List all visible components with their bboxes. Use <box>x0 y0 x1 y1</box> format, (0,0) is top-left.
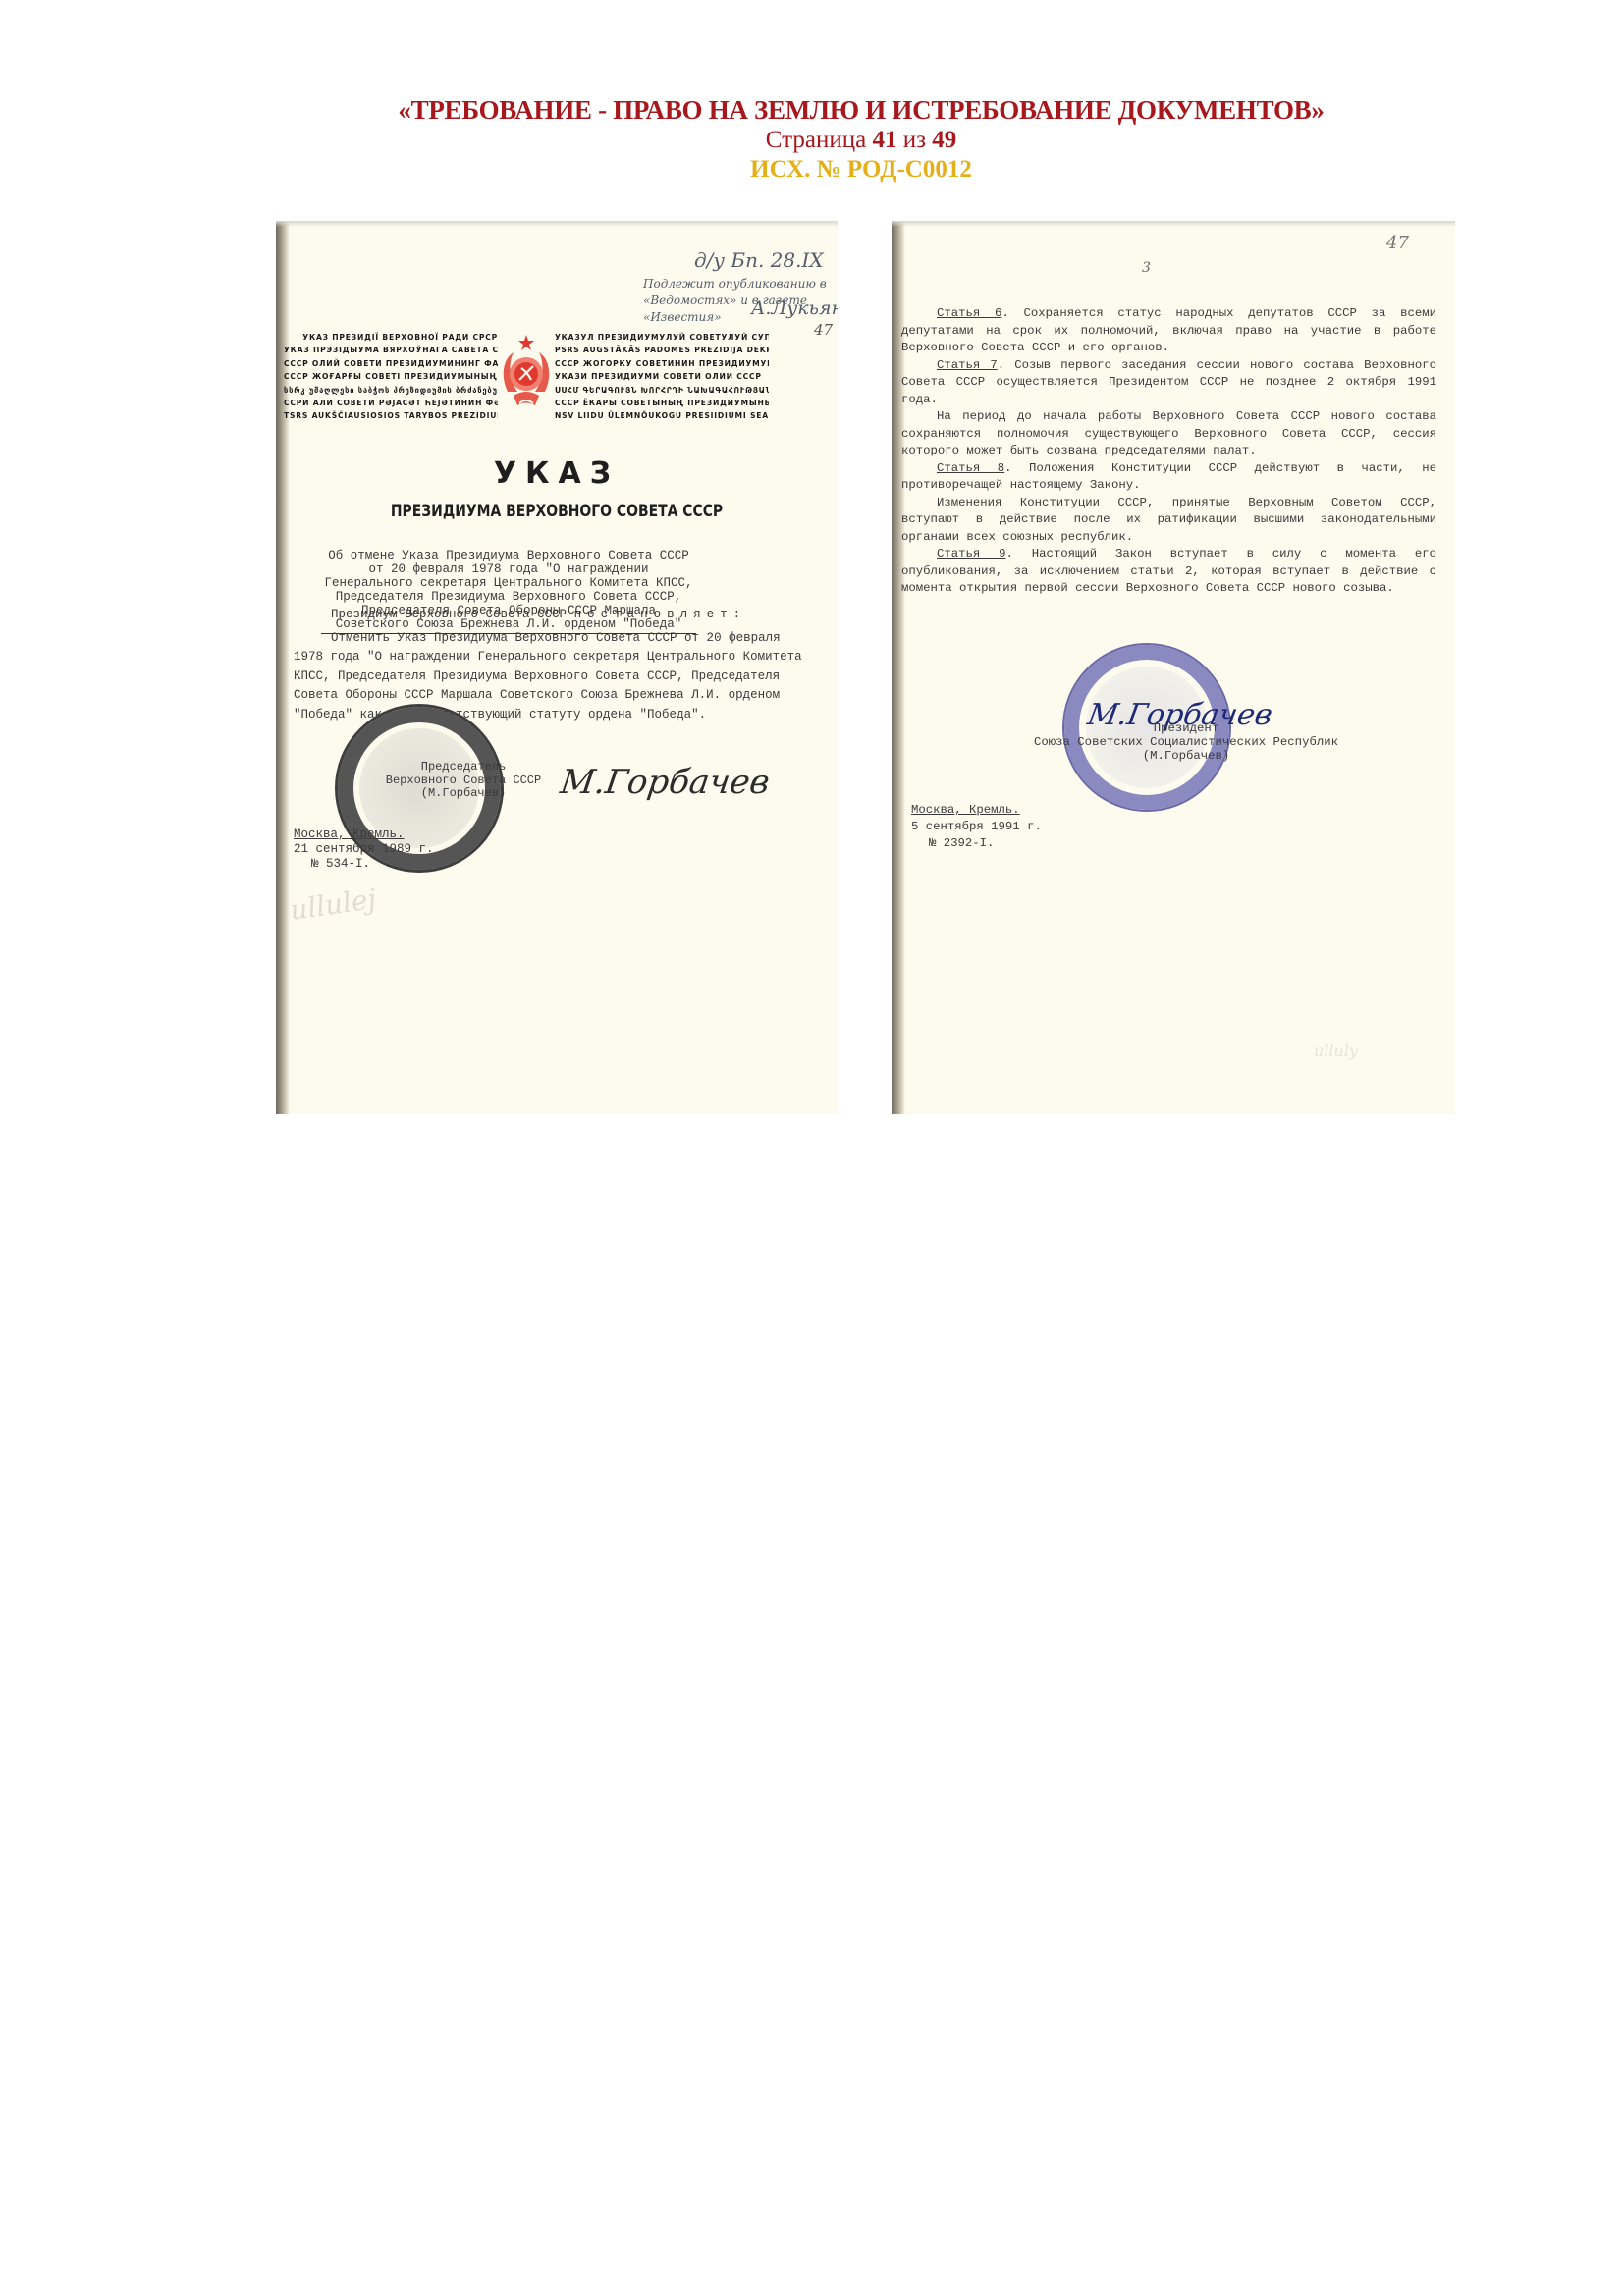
outgoing-reference: ИСХ. № РОД-С0012 <box>98 155 1624 185</box>
ussr-coat-of-arms-icon <box>498 331 555 429</box>
place-date-number: Москва, Кремль. 5 сентября 1991 г. № 239… <box>911 802 1042 852</box>
letterhead-language-line: TSRS AUKŠČIAUSIOSIOS TARYBOS PREZIDIUMO … <box>284 409 498 422</box>
article-label: Статья 9 <box>937 547 1006 561</box>
article-paragraph: Статья 9. Настоящий Закон вступает в сил… <box>901 546 1436 598</box>
doc-subtitle: ПРЕЗИДИУМА ВЕРХОВНОГО СОВЕТА СССР <box>326 502 786 521</box>
signature: М.Горбачев <box>558 763 772 802</box>
article-paragraph: Статья 8. Положения Конституции СССР дей… <box>901 460 1436 495</box>
president-block: Президент Союза Советских Социалистическ… <box>990 721 1382 763</box>
scanned-page-law-1991: 47 3 Статья 6. Сохраняется статус народн… <box>892 221 1455 1114</box>
letterhead-languages-right: УКАЗУЛ ПРЕЗИДИУМУЛУЙ СОВЕТУЛУЙ СУПРЕМ АЛ… <box>555 331 769 423</box>
letterhead-language-line: СССР ОЛИЙ СОВЕТИ ПРЕЗИДИУМИНИНГ ФАРМОНИ <box>284 357 498 370</box>
faint-archive-mark: ulluly <box>1314 1041 1358 1060</box>
letterhead-language-line: СССР ЖОГОРКУ СОВЕТИНИН ПРЕЗИДИУМУНУН УКА… <box>555 357 769 370</box>
letterhead-language-line: СССР ЖОҒАРҒЫ СОВЕТІ ПРЕЗИДИУМЫНЫҢ УКАЗЫ <box>284 370 498 383</box>
letterhead-language-line: УКАЗУЛ ПРЕЗИДИУМУЛУЙ СОВЕТУЛУЙ СУПРЕМ АЛ… <box>555 331 769 344</box>
decree-body: Президиум Верховного Совета СССР постано… <box>294 606 804 728</box>
decree-text: Отменить Указ Президиума Верховного Сове… <box>294 629 804 725</box>
document-title: «ТРЕБОВАНИЕ - ПРАВО НА ЗЕМЛЮ И ИСТРЕБОВА… <box>98 94 1624 126</box>
place-date-number: Москва, Кремль. 21 сентября 1989 г. № 53… <box>294 828 434 872</box>
page-total: 49 <box>932 127 956 153</box>
handwritten-date: д/у Бп. 28.IX <box>694 248 824 272</box>
letterhead-language-line: УКАЗ ПРЭЗІДЫУМА ВЯРХОЎНАГА САВЕТА СССР <box>284 344 498 356</box>
document-header: «ТРЕБОВАНИЕ - ПРАВО НА ЗЕМЛЮ И ИСТРЕБОВА… <box>0 94 1624 185</box>
page-current: 41 <box>872 127 896 153</box>
letterhead-language-line: ՍՍՀՄ ԳԵՐԱԳՈՒՅՆ ԽՈՐՀՐԴԻ ՆԱԽԱԳԱՀՈՒԹՅԱՆ ՀՐԱ… <box>555 384 769 397</box>
article-label: Статья 6 <box>937 306 1001 320</box>
letterhead-language-line: УКАЗИ ПРЕЗИДИУМИ СОВЕТИ ОЛИИ СССР <box>555 370 769 383</box>
letterhead-language-line: ССРИ АЛИ СОВЕТИ РӘЈАСӘТ ҺЕЈӘТИНИН ФӘРМАН… <box>284 397 498 409</box>
article-label: Статья 8 <box>937 461 1004 475</box>
preamble-verb: постановляет: <box>574 608 747 621</box>
letterhead-language-line: СССР ЁКАРЫ СОВЕТЫНЫҢ ПРЕЗИДИУМЫНЫҢ УКАЗЫ <box>555 397 769 409</box>
article-text: Изменения Конституции СССР, принятые Вер… <box>901 496 1436 544</box>
letterhead-languages-left: УКАЗ ПРЕЗИДІЇ ВЕРХОВНОЇ РАДИ СРСРУКАЗ ПР… <box>284 331 498 423</box>
article-paragraph: Статья 6. Сохраняется статус народных де… <box>901 305 1436 357</box>
scanned-page-decree-1989: д/у Бп. 28.IX Подлежит опубликованию в «… <box>276 221 838 1114</box>
article-label: Статья 7 <box>937 358 998 372</box>
article-text: На период до начала работы Верховного Со… <box>901 409 1436 457</box>
law-articles: Статья 6. Сохраняется статус народных де… <box>901 305 1436 598</box>
article-paragraph: Изменения Конституции СССР, принятые Вер… <box>901 495 1436 547</box>
faint-archive-mark: ullulej <box>288 882 378 927</box>
handwritten-signature: А.Лукьянов <box>751 297 838 319</box>
letterhead-language-line: სსრკ უმაღლესი საბჭოს პრეზიდიუმის ბრძანებ… <box>284 384 498 397</box>
doc-title: УКАЗ <box>276 456 838 491</box>
article-paragraph: На период до начала работы Верховного Со… <box>901 408 1436 460</box>
letterhead-language-line: PSRS AUGSTĀKĀS PADOMES PREZIDIJA DEKRĒTS <box>555 344 769 356</box>
letterhead: УКАЗ ПРЕЗИДІЇ ВЕРХОВНОЇ РАДИ СРСРУКАЗ ПР… <box>276 331 838 439</box>
archive-page-number: 47 <box>1386 233 1409 253</box>
sheet-number: 3 <box>1142 260 1151 276</box>
letterhead-language-line: УКАЗ ПРЕЗИДІЇ ВЕРХОВНОЇ РАДИ СРСР <box>284 331 498 344</box>
signer-block: Председатель Верховного Совета СССР (М.Г… <box>380 761 547 801</box>
article-paragraph: Статья 7. Созыв первого заседания сессии… <box>901 357 1436 409</box>
letterhead-language-line: NSV LIIDU ÜLEMNÕUKOGU PRESIIDIUMI SEADLU… <box>555 409 769 422</box>
preamble: Президиум Верховного Совета СССР постано… <box>294 606 804 625</box>
page-indicator: Страница 41 из 49 <box>98 126 1624 155</box>
